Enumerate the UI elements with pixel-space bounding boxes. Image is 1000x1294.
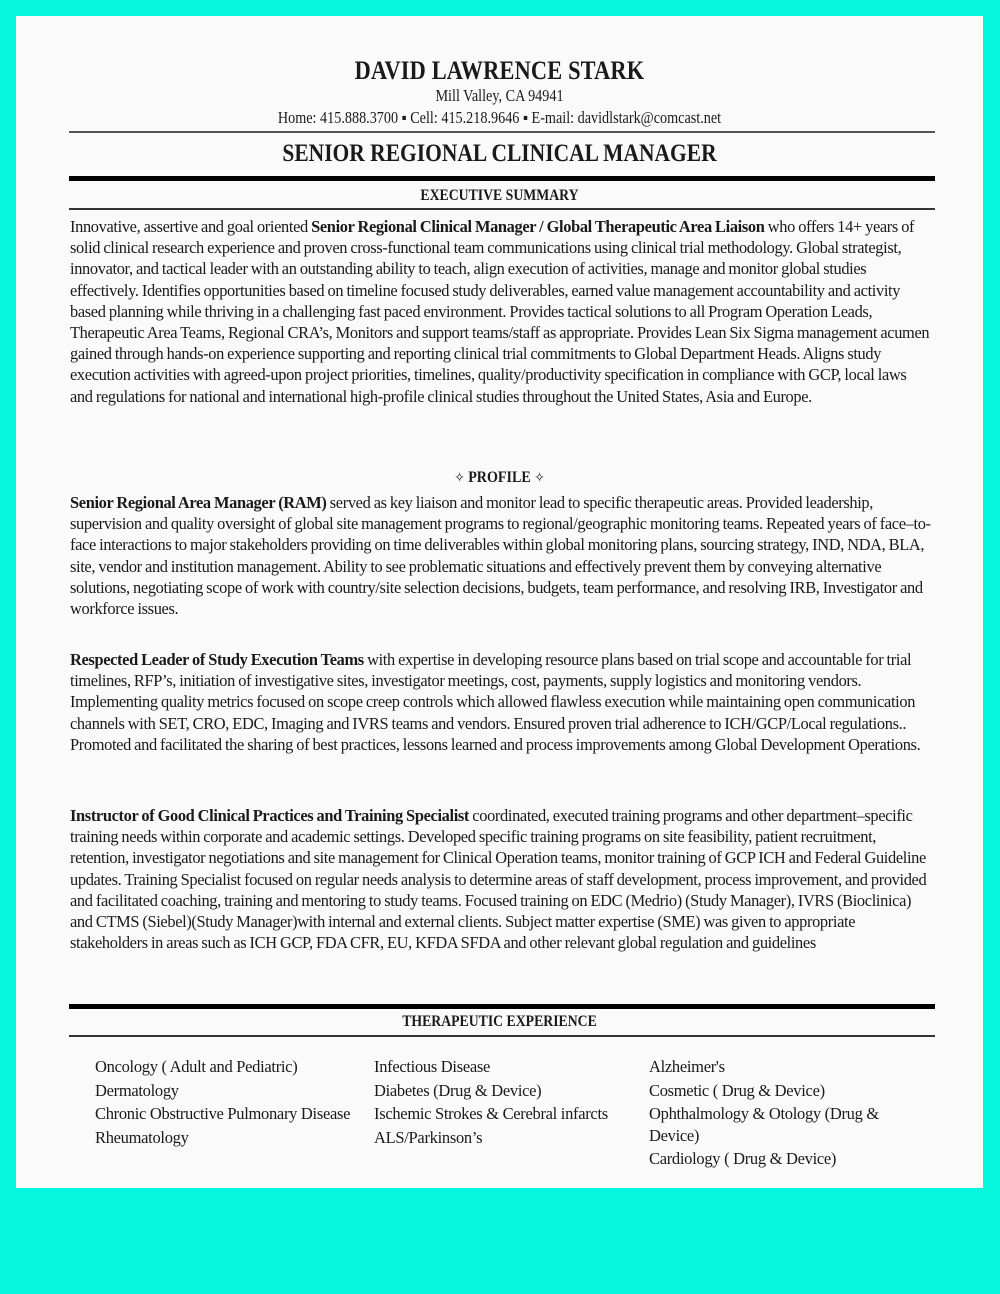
therapeutic-area: Chronic Obstructive Pulmonary Disease xyxy=(95,1103,355,1125)
profile-heading-label: PROFILE xyxy=(468,469,531,486)
section-divider xyxy=(69,1035,935,1037)
therapeutic-area: Cosmetic ( Drug & Device) xyxy=(649,1080,919,1102)
therapeutic-area: Rheumatology xyxy=(95,1127,355,1149)
therapeutic-area: Ophthalmology & Otology (Drug & Device) xyxy=(649,1103,919,1146)
therapeutic-area: Infectious Disease xyxy=(374,1056,629,1078)
executive-summary-paragraph: Innovative, assertive and goal oriented … xyxy=(70,216,932,407)
therapeutic-area: Cardiology ( Drug & Device) xyxy=(649,1148,919,1170)
therapeutic-column-3: Alzheimer's Cosmetic ( Drug & Device) Op… xyxy=(649,1056,919,1172)
profile-paragraph-title: Senior Regional Area Manager (RAM) xyxy=(70,493,327,512)
therapeutic-column-1: Oncology ( Adult and Pediatric) Dermatol… xyxy=(95,1056,355,1150)
profile-paragraph-study-execution: Respected Leader of Study Execution Team… xyxy=(70,649,932,755)
therapeutic-area: Oncology ( Adult and Pediatric) xyxy=(95,1056,355,1078)
resume-page: DAVID LAWRENCE STARK Mill Valley, CA 949… xyxy=(16,16,983,1188)
profile-paragraph-title: Respected Leader of Study Execution Team… xyxy=(70,650,364,669)
candidate-contact-line: Home: 415.888.3700 ▪ Cell: 415.218.9646 … xyxy=(84,108,916,128)
candidate-address: Mill Valley, CA 94941 xyxy=(84,86,916,106)
diamond-icon: ✧ xyxy=(454,471,464,486)
job-title: SENIOR REGIONAL CLINICAL MANAGER xyxy=(84,140,916,168)
therapeutic-area: Alzheimer's xyxy=(649,1056,919,1078)
header-divider xyxy=(69,131,935,133)
profile-paragraph-gcp-instructor: Instructor of Good Clinical Practices an… xyxy=(70,805,932,953)
section-divider-thick xyxy=(69,176,935,181)
therapeutic-area: ALS/Parkinson’s xyxy=(374,1127,629,1149)
summary-bold-text: Senior Regional Clinical Manager / Globa… xyxy=(311,217,764,236)
executive-summary-heading: EXECUTIVE SUMMARY xyxy=(84,187,916,205)
section-divider xyxy=(69,208,935,210)
profile-paragraph-ram: Senior Regional Area Manager (RAM) serve… xyxy=(70,492,932,619)
candidate-name: DAVID LAWRENCE STARK xyxy=(84,56,916,86)
diamond-icon: ✧ xyxy=(534,471,544,486)
therapeutic-area: Ischemic Strokes & Cerebral infarcts xyxy=(374,1103,629,1125)
summary-body-text: who offers 14+ years of solid clinical r… xyxy=(70,217,929,406)
section-divider-thick xyxy=(69,1004,935,1009)
therapeutic-area: Diabetes (Drug & Device) xyxy=(374,1080,629,1102)
therapeutic-area: Dermatology xyxy=(95,1080,355,1102)
therapeutic-experience-heading: THERAPEUTIC EXPERIENCE xyxy=(84,1013,916,1031)
profile-heading: ✧ PROFILE ✧ xyxy=(74,469,925,487)
therapeutic-column-2: Infectious Disease Diabetes (Drug & Devi… xyxy=(374,1056,629,1150)
summary-lead-text: Innovative, assertive and goal oriented xyxy=(70,217,311,236)
profile-paragraph-text: coordinated, executed training programs … xyxy=(70,806,926,952)
profile-paragraph-title: Instructor of Good Clinical Practices an… xyxy=(70,806,469,825)
